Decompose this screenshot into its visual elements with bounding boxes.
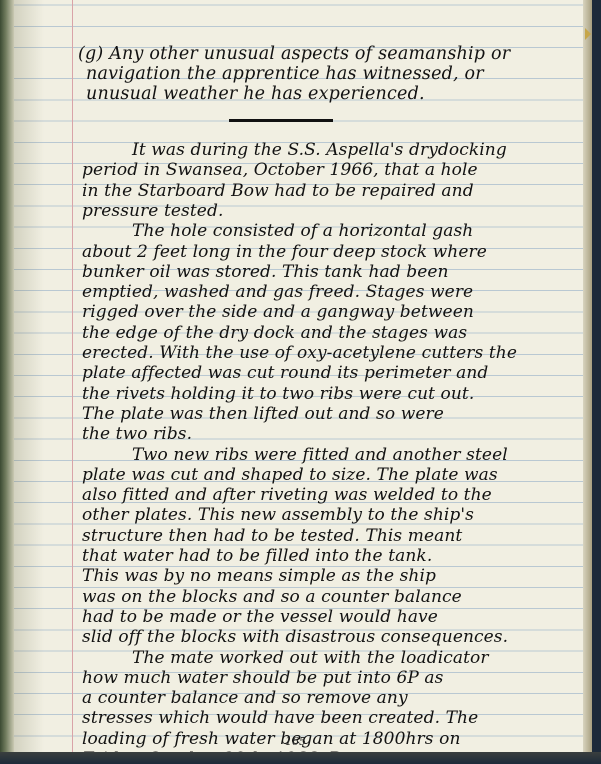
notebook-binding <box>0 0 14 752</box>
handwritten-line: emptied, washed and gas freed. Stages we… <box>82 282 592 302</box>
handwritten-line: had to be made or the vessel would have <box>82 607 592 627</box>
show-through-text <box>18 60 70 680</box>
heading-underline-divider <box>229 119 333 122</box>
handwritten-line: about 2 feet long in the four deep stock… <box>82 242 592 262</box>
handwritten-line: The hole consisted of a horizontal gash <box>82 221 592 241</box>
handwritten-line: Two new ribs were fitted and another ste… <box>82 445 592 465</box>
margin-line <box>72 0 73 752</box>
handwritten-line: erected. With the use of oxy-acetylene c… <box>82 343 592 363</box>
handwritten-line: plate affected was cut round its perimet… <box>82 363 592 383</box>
heading-line: unusual weather he has experienced. <box>86 84 592 104</box>
handwritten-line: was on the blocks and so a counter balan… <box>82 587 592 607</box>
notebook-page: (g) Any other unusual aspects of seamans… <box>0 0 592 752</box>
handwritten-line: in the Starboard Bow had to be repaired … <box>82 181 592 201</box>
handwritten-line: the edge of the dry dock and the stages … <box>82 323 592 343</box>
handwritten-line: the two ribs. <box>82 424 592 444</box>
handwritten-line: bunker oil was stored. This tank had bee… <box>82 262 592 282</box>
scan-bottom-edge <box>0 752 601 764</box>
handwritten-line: also fitted and after riveting was welde… <box>82 485 592 505</box>
handwritten-line: plate was cut and shaped to size. The pl… <box>82 465 592 485</box>
handwritten-line: pressure tested. <box>82 201 592 221</box>
handwritten-line: slid off the blocks with disastrous cons… <box>82 627 592 647</box>
handwritten-line: This was by no means simple as the ship <box>82 566 592 586</box>
handwritten-line: how much water should be put into 6P as <box>82 668 592 688</box>
handwritten-line: the rivets holding it to two ribs were c… <box>82 384 592 404</box>
heading-line: navigation the apprentice has witnessed,… <box>86 64 592 84</box>
handwritten-line: rigged over the side and a gangway betwe… <box>82 302 592 322</box>
page-number: 165 <box>285 735 306 748</box>
handwritten-line: The mate worked out with the loadicator <box>82 648 592 668</box>
handwritten-line: that water had to be filled into the tan… <box>82 546 592 566</box>
heading-line: (g) Any other unusual aspects of seamans… <box>78 44 592 64</box>
handwritten-line: other plates. This new assembly to the s… <box>82 505 592 525</box>
handwritten-line: The plate was then lifted out and so wer… <box>82 404 592 424</box>
handwritten-line: loading of fresh water began at 1800hrs … <box>82 729 592 749</box>
handwritten-line: period in Swansea, October 1966, that a … <box>82 160 592 180</box>
handwritten-line: It was during the S.S. Aspella's drydock… <box>82 140 592 160</box>
handwritten-line: structure then had to be tested. This me… <box>82 526 592 546</box>
handwritten-line: a counter balance and so remove any <box>82 688 592 708</box>
corner-tab-icon <box>585 28 591 40</box>
handwritten-line: stresses which would have been created. … <box>82 708 592 728</box>
